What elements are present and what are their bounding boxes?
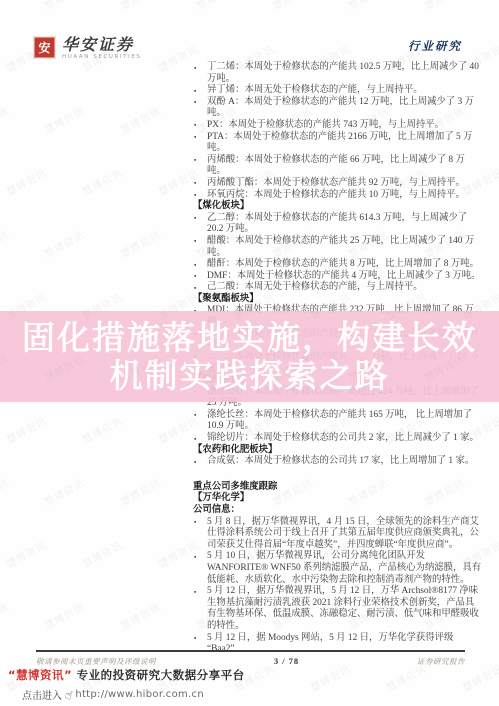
- bullet-icon: ▪: [194, 457, 196, 469]
- pointer-hand-icon: ☝: [63, 687, 74, 703]
- watermark-text: 慧博资讯: [117, 475, 163, 509]
- watermark-text: 慧博资讯: [459, 661, 499, 695]
- page-number: 3 / 78: [274, 656, 299, 666]
- watermark-text: 慧博资讯: [41, 475, 87, 509]
- bullet-icon: ▪: [194, 434, 196, 446]
- brand-subtitle: HUAAN SECURITIES: [62, 54, 142, 60]
- report-line-text: PTA：本周处于检修状态的产能共 2166 万吨，比上周增加了 5 万吨。: [207, 132, 472, 154]
- watermark-text: 慧博资讯: [79, 537, 125, 571]
- report-bullet-line: ▪己二酸：本周无处于检修状态的产能，与上周持平。: [193, 282, 483, 294]
- watermark-text: 慧博资讯: [3, 537, 49, 571]
- report-bullet-line: ▪PX：本周处于检修状态的产能共 743 万吨，与上周持平。: [193, 120, 483, 132]
- report-page: 安 华安证券 HUAAN SECURITIES 行业研究 ▪丁二烯：本周处于检修…: [0, 0, 499, 706]
- footer-disclaimer: 敬请参阅末页重要声明及评级说明: [36, 656, 156, 667]
- report-line-text: 异丁烯：本周无处于检修状态的产能，与上周持平。: [207, 85, 423, 95]
- doc-type-label: 行业研究: [408, 38, 462, 54]
- report-heading: 【万华化学】: [193, 493, 483, 505]
- watermark-text: 慧博资讯: [0, 227, 11, 261]
- bullet-icon: ▪: [194, 86, 196, 98]
- bullet-icon: ▪: [194, 155, 196, 167]
- watermark-text: 慧博资讯: [0, 103, 11, 137]
- promo-cta[interactable]: 点击进入: [22, 687, 62, 702]
- bullet-icon: ▪: [194, 120, 196, 132]
- bullet-icon: ▪: [194, 190, 196, 202]
- hibor-promo: “慧博资讯” 专业的投资研究大数据分享平台 点击进入 ☝ http://www.…: [8, 667, 245, 702]
- report-bullet-line: ▪5 月 12 日，据 Moodys 网站，5 月 12 日，万华化学获得评级 …: [193, 633, 483, 656]
- bullet-icon: ▪: [194, 236, 196, 248]
- report-line-text: 环氧丙烷：本周处于检修状态的产能共 10 万吨，与上周持平。: [207, 190, 465, 200]
- report-line-text: 丙烯酸：本周处于检修状态的产能 66 万吨，比上周减少了 8 万吨。: [207, 155, 465, 177]
- overlay-title-line2: 机制实践探索之路: [110, 357, 390, 395]
- watermark-text: 慧博资讯: [41, 0, 87, 12]
- bullet-icon: ▪: [194, 587, 196, 599]
- report-bullet-line: ▪丙烯酸丁酯：本周处于检修状态产能共 92 万吨，与上周持平。: [193, 178, 483, 190]
- report-line-text: 5 月 8 日，据万华微视界讯，4 月 15 日，全球领先的涂料生产商艾仕得涂料…: [207, 517, 479, 550]
- watermark-text: 慧博资讯: [117, 227, 163, 261]
- watermark-text: 慧博资讯: [421, 0, 467, 12]
- promo-brand: 慧博资讯: [16, 668, 64, 682]
- promo-open-quote: “: [8, 668, 16, 682]
- report-bullet-line: ▪锦纶切片：本周处于检修状态的公司共 2 家，比上周减少了 1 家。: [193, 433, 483, 445]
- report-bullet-line: ▪5 月 10 日，据万华微视界讯，公司分离纯化团队开发 WANFORITE® …: [193, 551, 483, 586]
- footer-rule: [36, 650, 465, 652]
- bullet-icon: ▪: [194, 410, 196, 422]
- title-overlay-banner: 固化措施落地实施，构建长效 机制实践探索之路: [0, 311, 499, 402]
- bullet-icon: ▪: [194, 283, 196, 295]
- report-line-text: PX：本周处于检修状态的产能共 743 万吨，与上周持平。: [207, 120, 444, 130]
- report-section: 【农药和化肥板块】: [193, 445, 483, 457]
- watermark-text: 慧博资讯: [117, 0, 163, 12]
- report-bullet-line: ▪双酚 A：本周处于检修状态的产能共 12 万吨，比上周减少了 3 万吨。: [193, 97, 483, 120]
- report-line-text: 丙烯酸丁酯：本周处于检修状态产能共 92 万吨，与上周持平。: [207, 178, 465, 188]
- footer-row: 敬请参阅末页重要声明及评级说明 3 / 78 证券研究报告: [36, 656, 465, 667]
- promo-cta-row: 点击进入 ☝ http://www.hibor.com.cn: [22, 687, 245, 702]
- promo-headline: “慧博资讯” 专业的投资研究大数据分享平台: [8, 667, 245, 683]
- watermark-text: 慧博资讯: [41, 599, 87, 633]
- promo-url-link[interactable]: http://www.hibor.com.cn: [75, 689, 204, 700]
- bullet-icon: ▪: [194, 517, 196, 529]
- report-heading: 公司信息：: [193, 505, 483, 517]
- report-bullet-line: ▪乙二醇：本周处于检修状态的产能共 614.3 万吨，与上周减少了 20.2 万…: [193, 213, 483, 236]
- report-bullet-line: ▪环氧丙烷：本周处于检修状态的产能共 10 万吨，与上周持平。: [193, 190, 483, 202]
- report-line-text: 乙二醇：本周处于检修状态的产能共 614.3 万吨，与上周减少了 20.2 万吨…: [207, 213, 467, 235]
- bullet-icon: ▪: [194, 260, 196, 272]
- watermark-text: 慧博资讯: [117, 599, 163, 633]
- report-line-text: 合成氨：本周处于检修状态的公司共 17 家，比上周增加了 1 家。: [207, 456, 474, 466]
- bullet-icon: ▪: [194, 97, 196, 109]
- report-line-text: 双酚 A：本周处于检修状态的产能共 12 万吨，比上周减少了 3 万吨。: [207, 97, 474, 119]
- report-line-text: DMF：本周处于检修状态的产能共 4 万吨，比上周减少了 3 万吨。: [207, 271, 480, 281]
- report-line-text: 醋酸：本周处于检修状态的产能共 25 万吨，比上周减少了 140 万吨。: [207, 236, 474, 258]
- watermark-text: 慧博资讯: [0, 599, 11, 633]
- report-bullet-line: ▪5 月 12 日，据万华微视界讯，5 月 12 日，万华 Archsol®81…: [193, 586, 483, 632]
- report-section: 【煤化板块】: [193, 201, 483, 213]
- report-bullet-line: ▪醋酸：本周处于检修状态的产能共 25 万吨，比上周减少了 140 万吨。: [193, 236, 483, 259]
- report-heading: 重点公司多维度跟踪: [193, 482, 483, 494]
- report-line-text: 锦纶切片：本周处于检修状态的公司共 2 家，比上周减少了 1 家。: [207, 433, 479, 443]
- watermark-text: 慧博资讯: [193, 0, 239, 12]
- watermark-text: 慧博资讯: [79, 413, 125, 447]
- report-bullet-line: ▪涤纶长丝：本周处于检修状态的产能共 165 万吨， 比上周增加了 10.9 万…: [193, 410, 483, 433]
- bullet-icon: ▪: [194, 552, 196, 564]
- bullet-icon: ▪: [194, 178, 196, 190]
- report-section: 【聚氨酯板块】: [193, 294, 483, 306]
- promo-tagline: 专业的投资研究大数据分享平台: [72, 668, 245, 682]
- report-bullet-line: ▪醋酐：本周处于检修状态的产能共 8 万吨，比上周增加了 8 万吨。: [193, 259, 483, 271]
- report-spacer: [193, 468, 483, 482]
- brand-text-block: 华安证券 HUAAN SECURITIES: [62, 36, 142, 60]
- bullet-icon: ▪: [194, 633, 196, 645]
- brand-name: 华安证券: [62, 36, 142, 53]
- watermark-text: 慧博资讯: [117, 103, 163, 137]
- watermark-text: 慧博资讯: [79, 165, 125, 199]
- watermark-text: 慧博资讯: [269, 0, 315, 12]
- watermark-text: 慧博资讯: [41, 227, 87, 261]
- watermark-text: 慧博资讯: [0, 0, 11, 12]
- watermark-text: 慧博资讯: [0, 475, 11, 509]
- bullet-icon: ▪: [194, 271, 196, 283]
- watermark-text: 慧博资讯: [41, 103, 87, 137]
- report-bullet-line: ▪5 月 8 日，据万华微视界讯，4 月 15 日，全球领先的涂料生产商艾仕得涂…: [193, 517, 483, 552]
- report-line-text: 醋酐：本周处于检修状态的产能共 8 万吨，比上周增加了 8 万吨。: [207, 259, 479, 269]
- promo-close-quote: ”: [64, 668, 72, 682]
- report-line-text: 5 月 10 日，据万华微视界讯，公司分离纯化团队开发 WANFORITE® W…: [207, 551, 481, 584]
- publisher-logo: 安 华安证券 HUAAN SECURITIES: [33, 36, 142, 60]
- watermark-text: 慧博资讯: [3, 165, 49, 199]
- overlay-title-line1: 固化措施落地实施，构建长效: [22, 319, 477, 357]
- report-line-text: 丁二烯：本周处于检修状态的产能共 102.5 万吨，比上周减少了 40 万吨。: [207, 62, 479, 84]
- seal-icon: 安: [33, 36, 56, 59]
- report-bullet-line: ▪异丁烯：本周无处于检修状态的产能，与上周持平。: [193, 85, 483, 97]
- bullet-icon: ▪: [194, 132, 196, 144]
- report-bullet-line: ▪丙烯酸：本周处于检修状态的产能 66 万吨，比上周减少了 8 万吨。: [193, 155, 483, 178]
- watermark-text: 慧博资讯: [3, 413, 49, 447]
- report-bullet-line: ▪PTA：本周处于检修状态的产能共 2166 万吨，比上周增加了 5 万吨。: [193, 132, 483, 155]
- report-line-text: 涤纶长丝：本周处于检修状态的产能共 165 万吨， 比上周增加了 10.9 万吨…: [207, 410, 472, 432]
- report-bullet-line: ▪丁二烯：本周处于检修状态的产能共 102.5 万吨，比上周减少了 40 万吨。: [193, 62, 483, 85]
- report-bullet-line: ▪合成氨：本周处于检修状态的公司共 17 家，比上周增加了 1 家。: [193, 456, 483, 468]
- bullet-icon: ▪: [194, 213, 196, 225]
- footer-doc-label: 证券研究报告: [417, 656, 465, 667]
- report-line-text: 5 月 12 日，据万华微视界讯，5 月 12 日，万华 Archsol®817…: [207, 586, 479, 631]
- watermark-text: 慧博资讯: [345, 0, 391, 12]
- bullet-icon: ▪: [194, 63, 196, 75]
- report-bullet-line: ▪DMF：本周处于检修状态的产能共 4 万吨，比上周减少了 3 万吨。: [193, 271, 483, 283]
- report-line-text: 己二酸：本周无处于检修状态的产能，与上周持平。: [207, 282, 423, 292]
